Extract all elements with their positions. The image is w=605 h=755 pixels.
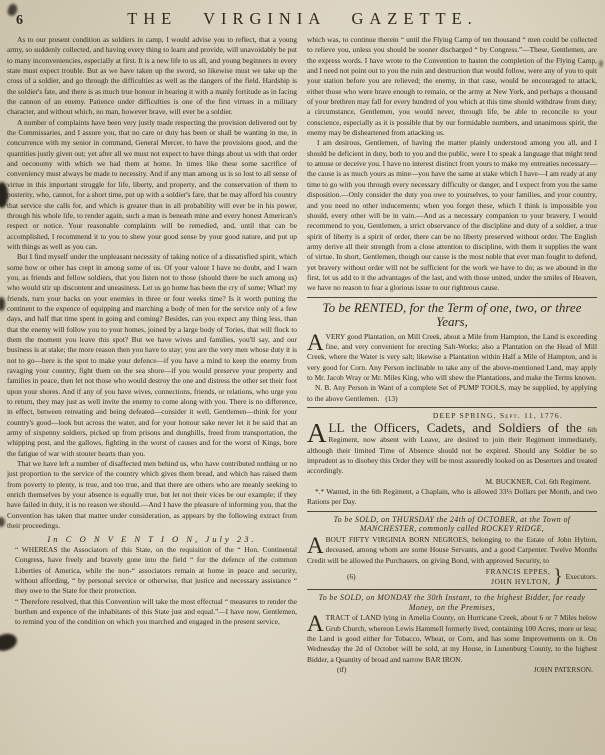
estate-sale-body: ABOUT FIFTY VIRGINIA BORN NEGROES, belon…: [307, 535, 597, 566]
estate-sale-text: BOUT FIFTY VIRGINIA BORN NEGROES, belong…: [307, 535, 597, 565]
section-divider: [307, 589, 597, 590]
ad-reference-number: (tf): [337, 665, 346, 675]
land-sale-text: TRACT of LAND lying in Amelia County, on…: [307, 613, 597, 663]
section-divider: [307, 297, 597, 298]
letter-paragraph-disaffected-men: That we have left a number of disaffecte…: [7, 459, 297, 531]
ink-smudge: [599, 60, 603, 67]
letter-paragraph-condition: As to our present condition as soldiers …: [7, 35, 297, 118]
page-title: THE VIRGINIA GAZETTE.: [68, 9, 537, 29]
drop-cap-initial: A: [307, 613, 326, 633]
page-number: 6: [16, 13, 68, 29]
land-sale-signature-row: (tf) JOHN PATERSON.: [307, 665, 597, 675]
executor-name: JOHN HYLTON,: [491, 577, 550, 586]
executor-role-label: Executors.: [566, 572, 597, 582]
convention-resolved-extract: “ Therefore resolved, that this Conventi…: [7, 597, 297, 628]
right-column: which was, to continue therein “ until t…: [307, 35, 597, 675]
ad-reference-number: (6): [307, 572, 356, 582]
executor-names: FRANCIS EPPES,JOHN HYLTON,: [486, 567, 551, 586]
convention-whereas-extract: “ WHEREAS the Associators of this State,…: [7, 545, 297, 597]
regiment-notice-body: ALL the Officers, Cadets, and Soldiers o…: [307, 421, 597, 477]
ad-reference-number: (13): [379, 394, 403, 403]
land-sale-headline: To be SOLD, on MONDAY the 30th Instant, …: [315, 593, 589, 612]
ad-plantation-rental: To be RENTED, for the Term of one, two, …: [307, 301, 597, 404]
estate-sale-headline: To be SOLD, on THURSDAY the 24th of OCTO…: [315, 515, 589, 534]
rental-ad-body: AVERY good Plantation, on Mill Creek, ab…: [307, 332, 597, 384]
letter-paragraph-conclusion: I am desirous, Gentlemen, of having the …: [307, 138, 597, 293]
ad-regiment-notice: DEEP SPRING, Sept. 11, 1776. ALL the Off…: [307, 411, 597, 508]
executor-name: FRANCIS EPPES,: [486, 567, 551, 576]
column-layout: As to our present condition as soldiers …: [0, 33, 605, 675]
land-sale-body: ATRACT of LAND lying in Amelia County, o…: [307, 613, 597, 665]
brace-glyph: }: [553, 567, 562, 586]
signature-buckner: M. BUCKNER, Col. 6th Regiment.: [307, 477, 597, 487]
letter-paragraph-dissatisfied-spirit: But I find myself under the unpleasant n…: [7, 252, 297, 459]
masthead: 6 THE VIRGINIA GAZETTE.: [0, 0, 605, 33]
section-divider: [307, 407, 597, 408]
rental-ad-nota-bene: N. B. Any Person in Want of a complete S…: [307, 383, 597, 404]
rental-ad-headline: To be RENTED, for the Term of one, two, …: [311, 301, 593, 330]
nota-bene-text: N. B. Any Person in Want of a complete S…: [307, 383, 597, 402]
letter-paragraph-flying-camp: which was, to continue therein “ until t…: [307, 35, 597, 138]
drop-cap-initial: A: [307, 535, 326, 555]
ad-land-sale: To be SOLD, on MONDAY the 30th Instant, …: [307, 593, 597, 675]
convention-heading: In C O N V E N T I O N, July 23.: [7, 534, 297, 544]
ad-estate-sale: To be SOLD, on THURSDAY the 24th of OCTO…: [307, 515, 597, 586]
drop-cap-initial: A: [307, 332, 326, 352]
regiment-notice-lead: LL the Officers, Cadets, and Soldiers of…: [329, 420, 582, 435]
executors-signature-block: (6) FRANCIS EPPES,JOHN HYLTON, } Executo…: [307, 567, 597, 586]
drop-cap-initial: A: [307, 421, 329, 444]
chaplain-wanted-note: *.* Wanted, in the 6th Regiment, a Chapl…: [307, 487, 597, 508]
newspaper-page: 6 THE VIRGINIA GAZETTE. As to our presen…: [0, 0, 605, 755]
section-divider: [307, 511, 597, 512]
rental-ad-text: VERY good Plantation, on Mill Creek, abo…: [307, 332, 597, 382]
signature-paterson: JOHN PATERSON.: [534, 665, 593, 675]
left-column: As to our present condition as soldiers …: [7, 35, 297, 675]
letter-paragraph-complaints: A number of complaints have been very ju…: [7, 118, 297, 252]
